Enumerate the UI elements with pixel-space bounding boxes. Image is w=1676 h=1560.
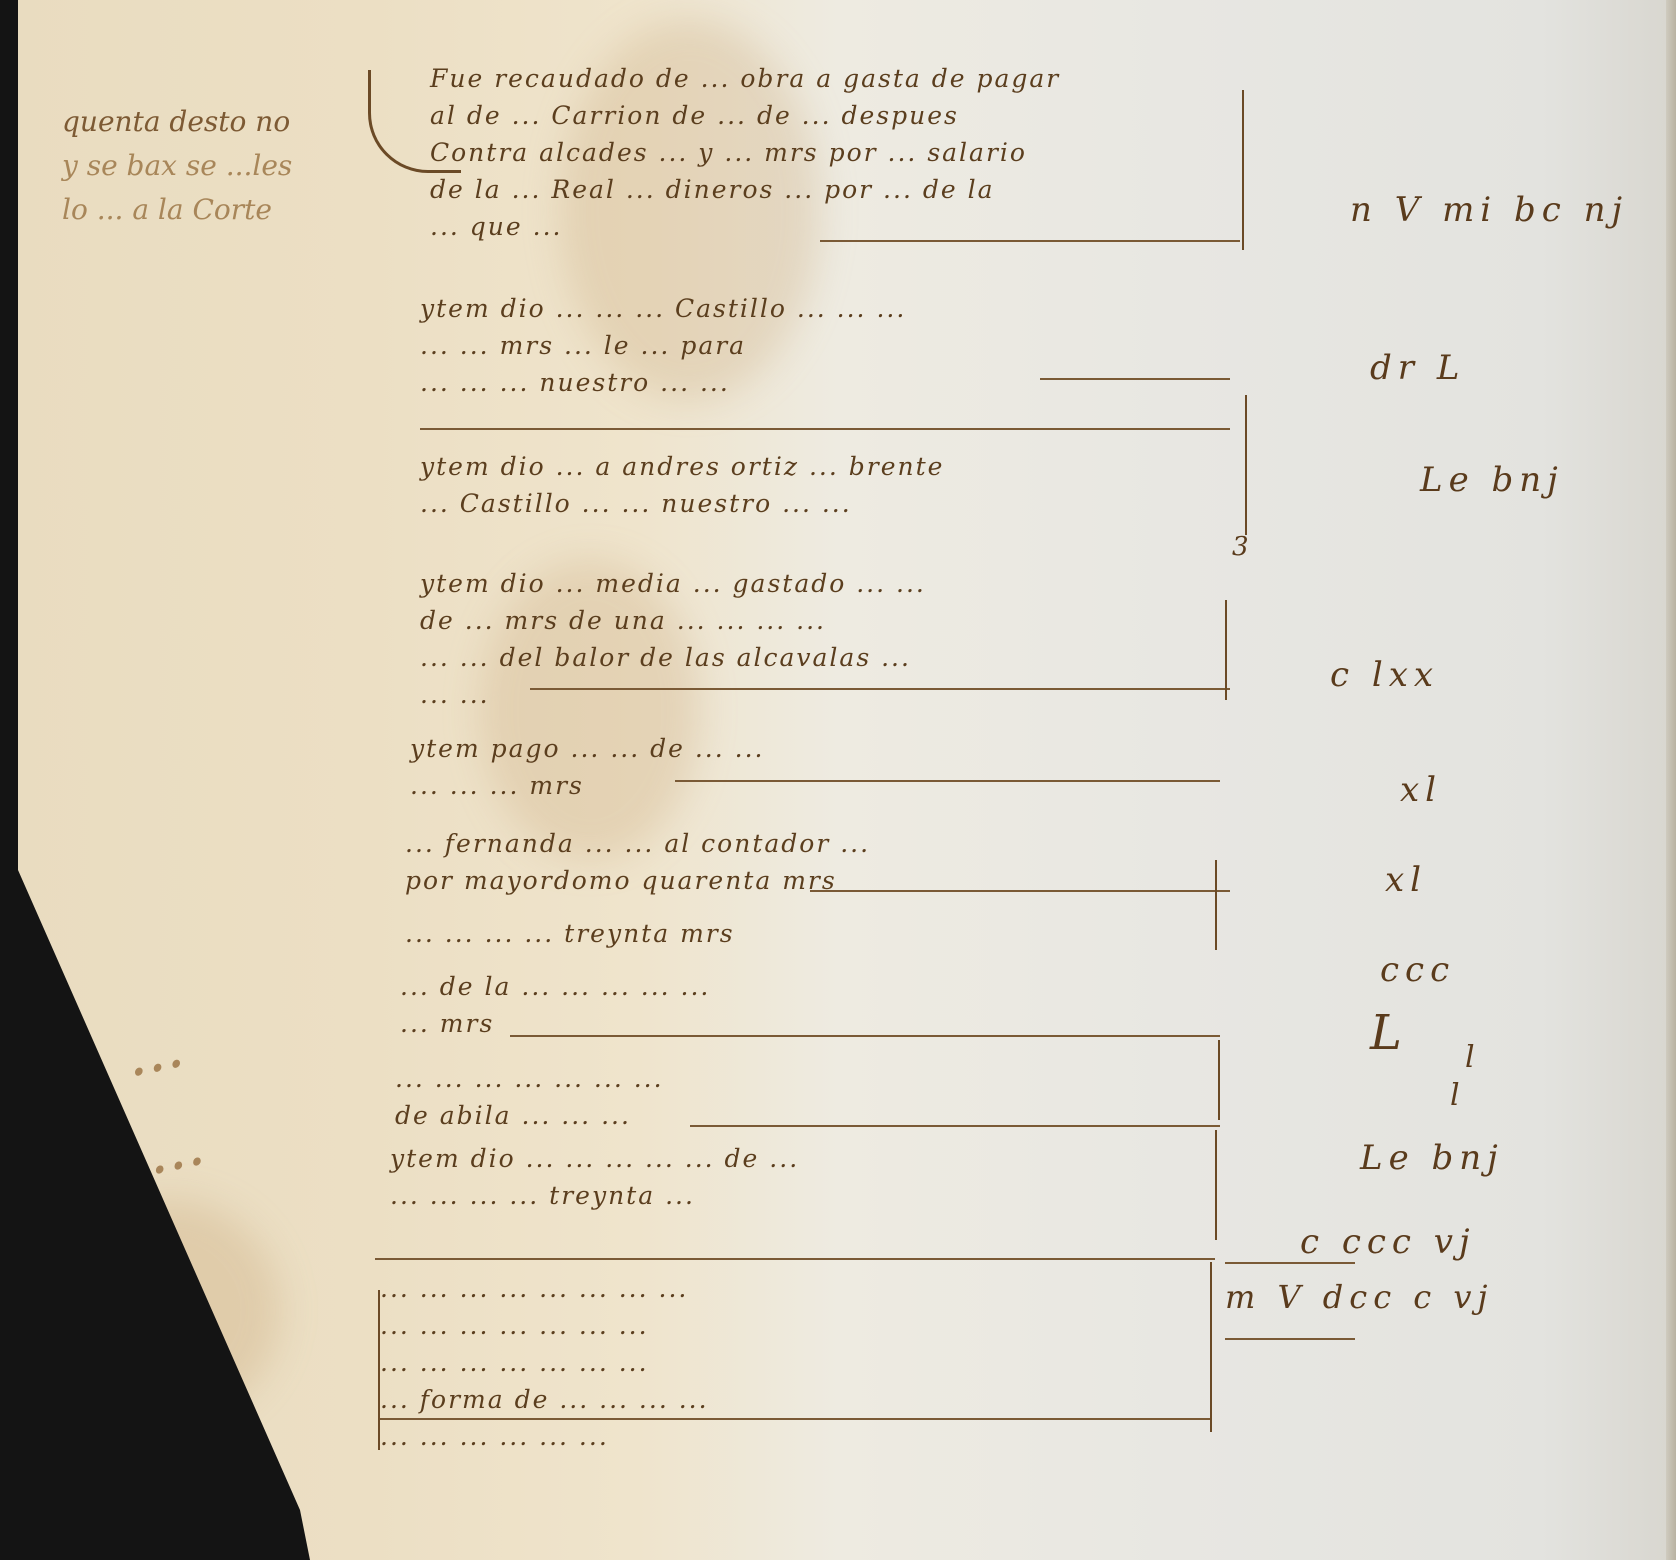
binding-edge [1666,0,1676,1560]
summary-bottom-rule [380,1418,1210,1420]
entry-bracket [1225,600,1227,700]
entry-amount: dr L [1370,348,1465,388]
ledger-summary-entry: ... ... ... ... ... ... ... ... ... ... … [380,1270,709,1455]
entry-bracket [1218,1040,1220,1120]
ledger-entry: ytem pago ... ... de ... ... ... ... ...… [410,730,764,804]
entry-bracket [1242,90,1244,250]
entry-rule [1040,378,1230,380]
entry-amount: Le bnj [1420,460,1564,500]
entry-amount: c ccc vj [1300,1222,1476,1262]
entry-bracket [1215,1130,1217,1240]
entry-amount: Le bnj [1360,1138,1504,1178]
entry-bracket [1245,395,1247,535]
margin-note: quenta desto no y se bax se ...les lo ..… [62,100,362,232]
summary-bracket-left [378,1290,380,1450]
entry-rule [675,780,1220,782]
ledger-entry: ... ... ... ... ... ... ... de abila ...… [395,1060,664,1134]
entry-bracket [1215,860,1217,950]
ledger-entry: ... de la ... ... ... ... ... ... mrs [400,968,710,1042]
summary-bracket-right [1210,1262,1212,1432]
summary-rule [375,1258,1215,1260]
ledger-entry: Fue recaudado de ... obra a gasta de pag… [430,60,1060,245]
entry-amount: ccc [1380,950,1455,990]
ledger-entry: ytem dio ... a andres ortiz ... brente .… [420,448,944,522]
manuscript-page: quenta desto no y se bax se ...les lo ..… [0,0,1676,1560]
ledger-entry: ytem dio ... ... ... Castillo ... ... ..… [420,290,906,401]
margin-note-line: y se bax se ...les [62,144,362,188]
entry-rule [820,240,1240,242]
total-amount: m V dcc c vj [1225,1278,1493,1316]
ledger-entry: ytem dio ... media ... gastado ... ... d… [420,565,926,713]
ledger-entry: ... fernanda ... ... al contador ... por… [405,825,870,899]
entry-rule [810,890,1230,892]
entry-rule [530,688,1230,690]
entry-side-amount: l [1465,1040,1481,1075]
entry-rule [690,1125,1220,1127]
margin-scribbles: ... ... ... ... [41,982,299,1317]
entry-amount: L [1370,1005,1408,1061]
entry-amount: n V mi bc nj [1350,190,1628,230]
entry-rule [420,428,1230,430]
margin-note-line: quenta desto no [62,100,362,144]
entry-side-amount: l [1450,1078,1466,1113]
entry-amount: xl [1400,770,1442,810]
ledger-entry: ... ... ... ... treynta mrs [405,915,735,952]
bracket-count: 3 [1232,532,1249,562]
entry-amount: c lxx [1330,655,1439,695]
entry-rule [510,1035,1220,1037]
entry-amount: xl [1385,860,1427,900]
ledger-entry: ytem dio ... ... ... ... ... de ... ... … [390,1140,799,1214]
margin-note-line: lo ... a la Corte [62,188,362,232]
